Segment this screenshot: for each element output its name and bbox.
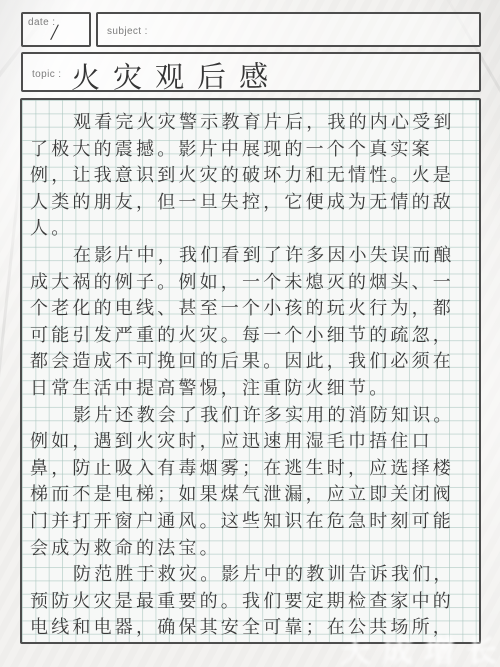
essay-line: 影片还教会了我们许多实用的消防知识。 <box>30 402 475 429</box>
essay-line: 观看完火灾警示教育片后，我的内心受到 <box>30 109 475 136</box>
essay-line: 成大祸的例子。例如，一个未熄灭的烟头、一 <box>30 269 475 296</box>
essay-line: 预防火灾是最重要的。我们要定期检查家中的 <box>30 588 475 615</box>
essay-line: 人类的朋友，但一旦失控，它便成为无情的敌 <box>30 189 475 216</box>
essay-body: 观看完火灾警示教育片后，我的内心受到了极大的震撼。影片中展现的一个个真实案例，让… <box>30 109 475 641</box>
essay-line: 例，让我意识到火灾的破坏力和无情性。火是 <box>30 162 475 189</box>
essay-line: 在影片中，我们看到了许多因小失误而酿 <box>30 242 475 269</box>
essay-line: 日常生活中提高警惕，注重防火细节。 <box>30 375 475 402</box>
essay-line: 可能引发严重的火灾。每一个小细节的疏忽， <box>30 322 475 349</box>
essay-line: 个老化的电线、甚至一个小孩的玩火行为，都 <box>30 295 475 322</box>
subject-label: subject : <box>107 26 148 37</box>
essay-grid-box: 观看完火灾警示教育片后，我的内心受到了极大的震撼。影片中展现的一个个真实案例，让… <box>20 98 481 644</box>
essay-line: 梯而不是电梯；如果煤气泄漏，应立即关闭阀 <box>30 481 475 508</box>
topic-box: topic : 火灾观后感 <box>21 52 481 92</box>
essay-line: 门并打开窗户通风。这些知识在危急时刻可能 <box>30 508 475 535</box>
essay-line: 都会造成不可挽回的后果。因此，我们必须在 <box>30 348 475 375</box>
topic-title-handwritten: 火灾观后感 <box>71 54 281 96</box>
essay-line: 鼻，防止吸入有毒烟雾；在逃生时，应选择楼 <box>30 455 475 482</box>
subject-box: subject : <box>96 12 481 47</box>
essay-line: 了极大的震撼。影片中展现的一个个真实案 <box>30 136 475 163</box>
essay-line: 防范胜于救灾。影片中的教训告诉我们， <box>30 561 475 588</box>
essay-line: 会成为救命的法宝。 <box>30 535 475 562</box>
watermark: 天成增长 <box>340 626 500 667</box>
worksheet-page: date : / subject : topic : 火灾观后感 观看完火灾警示… <box>0 0 500 667</box>
essay-line: 例如，遇到火灾时，应迅速用湿毛巾捂住口 <box>30 428 475 455</box>
date-box: date : / <box>21 12 91 47</box>
topic-label: topic : <box>32 69 61 80</box>
essay-line: 人。 <box>30 215 475 242</box>
